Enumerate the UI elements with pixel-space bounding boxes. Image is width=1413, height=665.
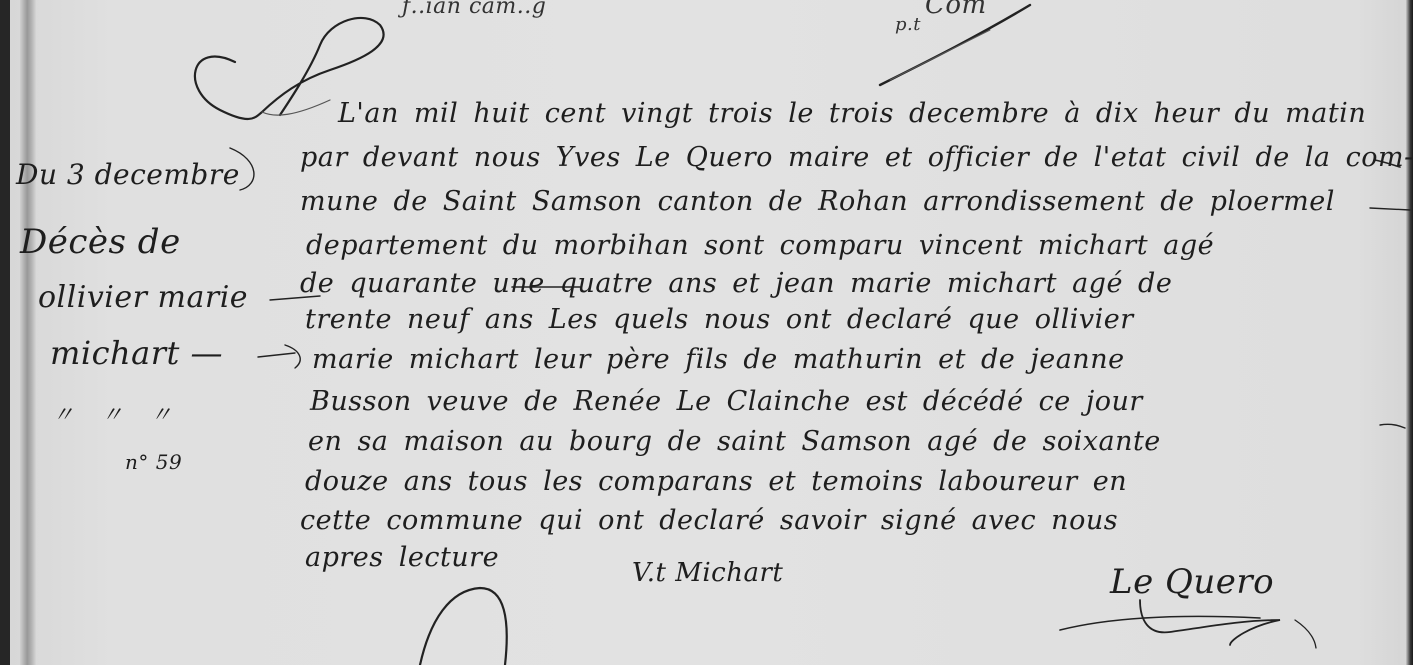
body-line-5: de quarante une quatre ans et jean marie… <box>300 268 1172 299</box>
margin-title: Décès de <box>20 222 181 262</box>
body-line-3: mune de Saint Samson canton de Rohan arr… <box>300 186 1335 217</box>
previous-entry-fragment-right-sub: p.t <box>895 14 921 35</box>
margin-date: Du 3 decembre <box>16 158 240 191</box>
book-binding-edge <box>0 0 10 665</box>
body-line-9: en sa maison au bourg de saint Samson ag… <box>308 426 1161 457</box>
witness-signature: V.t Michart <box>632 558 783 588</box>
document-page: ƒ..ian cam..g Com p.t Du 3 decembre Décè… <box>0 0 1413 665</box>
body-line-10: douze ans tous les comparans et temoins … <box>305 466 1127 497</box>
margin-deceased-given-names: ollivier marie <box>38 280 248 315</box>
margin-deceased-surname: michart — <box>50 334 223 372</box>
margin-ditto-marks: 〃 〃 〃 <box>52 398 182 429</box>
body-line-7: marie michart leur père fils de mathurin… <box>312 344 1125 375</box>
body-line-11: cette commune qui ont declaré savoir sig… <box>300 505 1118 536</box>
record-number: n° 59 <box>125 450 182 474</box>
body-line-4: departement du morbihan sont comparu vin… <box>306 230 1214 261</box>
mayor-signature: Le Quero <box>1110 562 1274 602</box>
body-line-8: Busson veuve de Renée Le Clainche est dé… <box>310 386 1143 417</box>
previous-entry-fragment: ƒ..ian cam..g <box>402 0 546 19</box>
body-line-12: apres lecture <box>305 542 499 573</box>
body-line-6: trente neuf ans Les quels nous ont decla… <box>305 304 1134 335</box>
page-fold-shadow <box>20 0 36 665</box>
previous-entry-fragment-right: Com <box>925 0 987 20</box>
page-right-edge <box>1406 0 1413 665</box>
body-line-1: L'an mil huit cent vingt trois le trois … <box>338 98 1366 129</box>
body-line-2: par devant nous Yves Le Quero maire et o… <box>300 142 1413 173</box>
